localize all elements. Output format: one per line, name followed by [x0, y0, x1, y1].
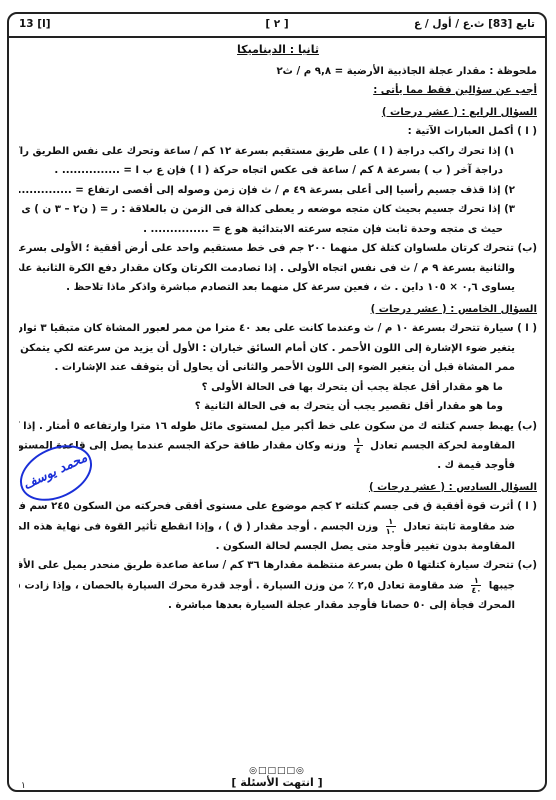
page-number: ١ [21, 781, 26, 791]
q5-a-line-1: ( ا ) سيارة تتحرك بسرعة ١٠ م / ث وعندما … [19, 319, 537, 339]
q4-a-line-1: ١) إذا تحرك راكب دراجة ( ا ) على طريق مس… [19, 142, 537, 162]
q5-a-line-2: يتغير ضوء الإشارة إلى اللون الأحمر . كان… [19, 339, 537, 359]
q6-title: السؤال السادس : ( عشر درجات ) [19, 478, 537, 498]
q6-b-line-3: المحرك فجأة إلى ٥٠ حصانا فأوجد مقدار عجل… [19, 596, 537, 616]
q4-a-line-5: حيث ى متجه وحدة ثابت فإن متجه سرعته الاب… [19, 220, 537, 240]
exam-content: ثانيا : الديناميكا ملحوظة : مقدار عجلة ا… [19, 40, 537, 615]
q4-a-line-4: ٣) إذا تحرك جسيم بحيث كان متجه موضعه ر ي… [19, 200, 537, 220]
q4-b-line-1: (ب) تتحرك كرتان ملساوان كتلة كل منهما ٢٠… [19, 239, 537, 259]
q5-a-line-4: ما هو مقدار أقل عجلة يجب أن يتحرك بها فى… [19, 378, 537, 398]
page-header: تابع [83] ث.ع / أول / ع [ ٢ ] 13 [ا] [9, 14, 545, 38]
q5-b-line-3: فأوجد قيمة ك . [19, 456, 537, 476]
q6-a-line-3: المقاومة بدون تغيير فأوجد متى يصل الجسم … [19, 537, 537, 557]
q4-b-line-3: يساوى ٠,٦ × ١٠٥ داين . ث ، فعين سرعة كل … [19, 278, 537, 298]
q6-b-text-b: ضد مقاومة تعادل ٢,٥ ٪ من وزن السيارة . أ… [19, 580, 464, 591]
q6-a-line-2: ضد مقاومة ثابتة تعادل ١ ١٠ وزن الجسم . أ… [19, 517, 537, 537]
sheet-number: 13 [ا] [19, 18, 51, 30]
q5-a-line-3: ممر المشاة قبل أن يتغير الضوء إلى اللون … [19, 358, 537, 378]
q5-b-line-1: (ب) يهبط جسم كتلته ك من سكون على خط أكبر… [19, 417, 537, 437]
fraction-tenth: ١ ١٠ [386, 517, 396, 536]
q6-b-line-2: جيبها ١ ٤٠ ضد مقاومة تعادل ٢,٥ ٪ من وزن … [19, 576, 537, 596]
q5-a-line-5: وما هو مقدار أقل تقصير يجب أن يتحرك به ف… [19, 397, 537, 417]
q6-a-line-1: ( ا ) أثرت قوة أفقية ق فى جسم كتلته ٢ كج… [19, 497, 537, 517]
q4-b-line-2: والثانية بسرعة ٩ م / ث فى نفس اتجاه الأو… [19, 259, 537, 279]
q6-a-text-b: وزن الجسم . أوجد مقدار ( ق ) ، وإذا انقط… [19, 521, 378, 532]
section-title: ثانيا : الديناميكا [19, 40, 537, 60]
q4-title: السؤال الرابع : ( عشر درجات ) [19, 103, 537, 123]
q4-a-line-2: دراجة آخر ( ب ) بسرعة ٨ كم / ساعة فى عكس… [19, 161, 537, 181]
q4-a-line-3: ٢) إذا قذف جسيم رأسيا إلى أعلى بسرعة ٤٩ … [19, 181, 537, 201]
fraction-quarter: ١ ٤ [354, 436, 363, 455]
decoration-icon: ◎□□□□◎ [9, 766, 545, 776]
q6-b-line-1: (ب) تتحرك سيارة كتلتها ٥ طن بسرعة منتظمة… [19, 556, 537, 576]
fraction-fortieth: ١ ٤٠ [471, 576, 481, 595]
end-of-questions: [ انتهت الأسئلة ] [9, 776, 545, 789]
page-indicator: [ ٢ ] [9, 18, 545, 30]
footer: ◎□□□□◎ [ انتهت الأسئلة ] [9, 766, 545, 789]
q5-b-line-2: المقاومة لحركة الجسم تعادل ١ ٤ وزنه وكان… [19, 436, 537, 456]
q6-a-text-a: ضد مقاومة ثابتة تعادل [403, 521, 515, 532]
q6-b-text-a: جيبها [489, 580, 515, 591]
q5-b-text-a: المقاومة لحركة الجسم تعادل [370, 441, 515, 452]
instruction: أجب عن سؤالين فقط مما يأتى : [19, 81, 537, 101]
q4-a-label: ( ا ) أكمل العبارات الآتية : [19, 122, 537, 142]
page-frame: تابع [83] ث.ع / أول / ع [ ٢ ] 13 [ا] ثان… [7, 12, 547, 792]
q5-title: السؤال الخامس : ( عشر درجات ) [19, 300, 537, 320]
gravity-note: ملحوظة : مقدار عجلة الجاذبية الأرضية = ٩… [19, 62, 537, 82]
